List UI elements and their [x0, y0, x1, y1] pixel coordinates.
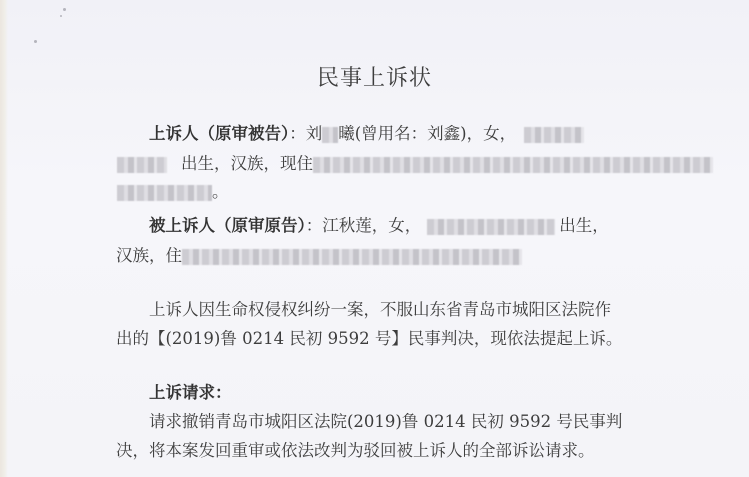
redacted-birthdate	[427, 219, 555, 235]
appellant-name-rest: 曦(曾用名：刘鑫)，女，	[338, 124, 516, 143]
redacted-birthdate	[524, 127, 584, 143]
appellee-name: ：江秋莲，女，	[306, 216, 422, 235]
redacted-name	[322, 127, 338, 143]
scan-speck	[63, 8, 66, 11]
request-heading: 上诉请求：	[149, 382, 232, 404]
appellee-line-2: 汉族，住	[116, 245, 522, 267]
statement-line-2: 出的【(2019)鲁 0214 民初 9592 号】民事判决，现依法提起上诉。	[116, 328, 622, 350]
scan-speck	[34, 40, 37, 43]
redacted-address	[182, 249, 522, 265]
appellant-name-start: ：刘	[289, 124, 322, 143]
appellant-line-1: 上诉人（原审被告）：刘曦(曾用名：刘鑫)，女，	[149, 123, 584, 145]
appellant-line-3: 。	[117, 181, 229, 203]
redacted-address-cont	[117, 185, 212, 201]
appellant-birth-ethnicity: 出生，汉族，现住	[181, 154, 313, 173]
appellee-birth: 出生，	[559, 216, 609, 235]
appellee-line-1: 被上诉人（原审原告）：江秋莲，女，出生，	[149, 215, 609, 237]
appellee-ethnicity: 汉族，住	[116, 246, 182, 265]
scanned-document-page: 民事上诉状 上诉人（原审被告）：刘曦(曾用名：刘鑫)，女， 出生，汉族，现住 。…	[0, 0, 749, 477]
redacted-birthdate-cont	[117, 157, 167, 173]
appellee-label: 被上诉人（原审原告）	[149, 216, 306, 235]
appellant-line-2: 出生，汉族，现住	[117, 153, 713, 175]
redacted-address	[313, 157, 713, 173]
statement-line-1: 上诉人因生命权侵权纠纷一案，不服山东省青岛市城阳区法院作	[149, 299, 611, 321]
scan-speck	[60, 15, 62, 17]
document-title: 民事上诉状	[0, 61, 749, 92]
appellant-line-end: 。	[212, 182, 229, 201]
appellant-label: 上诉人（原审被告）	[149, 124, 289, 143]
request-line-1: 请求撤销青岛市城阳区法院(2019)鲁 0214 民初 9592 号民事判	[149, 411, 622, 433]
request-line-2: 决，将本案发回重审或依法改判为驳回被上诉人的全部诉讼请求。	[116, 440, 595, 462]
